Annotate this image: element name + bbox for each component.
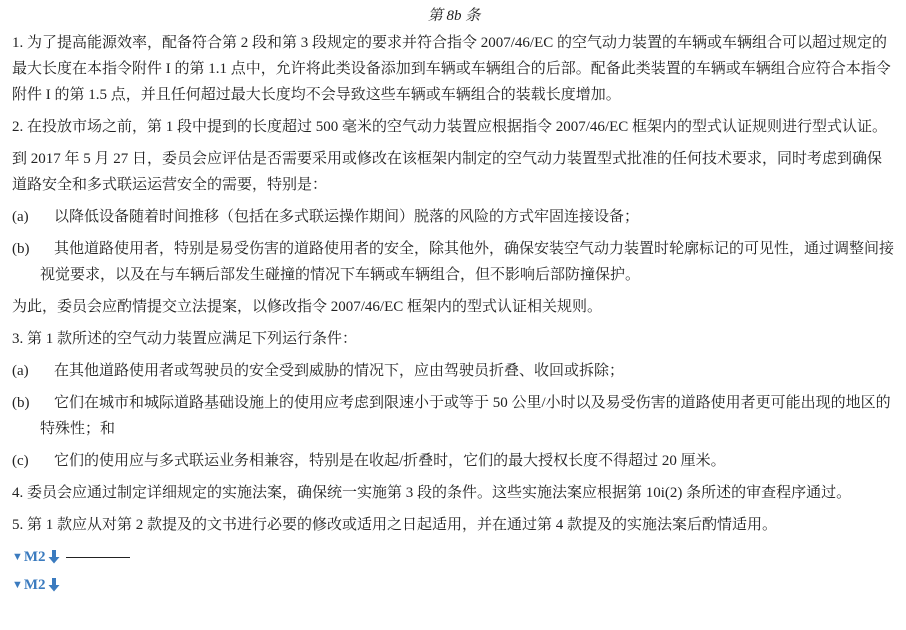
article-title: 第 8b 条 xyxy=(12,2,896,30)
list-text: 它们的使用应与多式联运业务相兼容，特别是在收起/折叠时，它们的最大授权长度不得超… xyxy=(54,448,896,474)
list-label: (b) xyxy=(12,236,54,262)
paragraph-2-proposal: 为此，委员会应酌情提交立法提案，以修改指令 2007/46/EC 框架内的型式认… xyxy=(12,294,896,320)
list-text: 在其他道路使用者或驾驶员的安全受到威胁的情况下，应由驾驶员折叠、收回或拆除； xyxy=(54,358,896,384)
list-label: (a) xyxy=(12,358,54,384)
paragraph-3: 3. 第 1 款所述的空气动力装置应满足下列运行条件： xyxy=(12,326,896,352)
paragraph-4: 4. 委员会应通过制定详细规定的实施法案，确保统一实施第 3 段的条件。这些实施… xyxy=(12,480,896,506)
paragraph-2-review: 到 2017 年 5 月 27 日，委员会应评估是否需要采用或修改在该框架内制定… xyxy=(12,146,896,198)
marker-label: M2 xyxy=(24,549,46,566)
paragraph-5: 5. 第 1 款应从对第 2 款提及的文书进行必要的修改或适用之日起适用，并在通… xyxy=(12,512,896,538)
list-text: 它们在城市和城际道路基础设施上的使用应考虑到限速小于或等于 50 公里/小时以及… xyxy=(40,395,891,437)
triangle-down-icon: ▼ xyxy=(12,579,23,591)
triangle-down-icon: ▼ xyxy=(12,551,23,563)
list-item-2b: (b)其他道路使用者，特别是易受伤害的道路使用者的安全，除其他外，确保安装空气动… xyxy=(12,236,896,288)
down-arrow-icon xyxy=(48,550,60,564)
document: 第 8b 条 1. 为了提高能源效率，配备符合第 2 段和第 3 段规定的要求并… xyxy=(0,2,906,598)
list-item-3c: (c) 它们的使用应与多式联运业务相兼容，特别是在收起/折叠时，它们的最大授权长… xyxy=(12,448,896,474)
marker-label: M2 xyxy=(24,577,46,594)
amendment-marker-m2[interactable]: ▼ M2 xyxy=(12,572,896,598)
deletion-rule xyxy=(66,557,130,558)
paragraph-1: 1. 为了提高能源效率，配备符合第 2 段和第 3 段规定的要求并符合指令 20… xyxy=(12,30,896,108)
list-label: (b) xyxy=(12,390,54,416)
list-text: 以降低设备随着时间推移（包括在多式联运操作期间）脱落的风险的方式牢固连接设备； xyxy=(54,204,896,230)
list-text: 其他道路使用者，特别是易受伤害的道路使用者的安全，除其他外，确保安装空气动力装置… xyxy=(40,241,894,283)
amendment-marker-m2-start[interactable]: ▼ M2 xyxy=(12,544,896,570)
down-arrow-icon xyxy=(48,578,60,592)
list-label: (c) xyxy=(12,448,54,474)
paragraph-2: 2. 在投放市场之前，第 1 段中提到的长度超过 500 毫米的空气动力装置应根… xyxy=(12,114,896,140)
list-label: (a) xyxy=(12,204,54,230)
list-item-3b: (b)它们在城市和城际道路基础设施上的使用应考虑到限速小于或等于 50 公里/小… xyxy=(12,390,896,442)
list-item-2a: (a) 以降低设备随着时间推移（包括在多式联运操作期间）脱落的风险的方式牢固连接… xyxy=(12,204,896,230)
list-item-3a: (a) 在其他道路使用者或驾驶员的安全受到威胁的情况下，应由驾驶员折叠、收回或拆… xyxy=(12,358,896,384)
